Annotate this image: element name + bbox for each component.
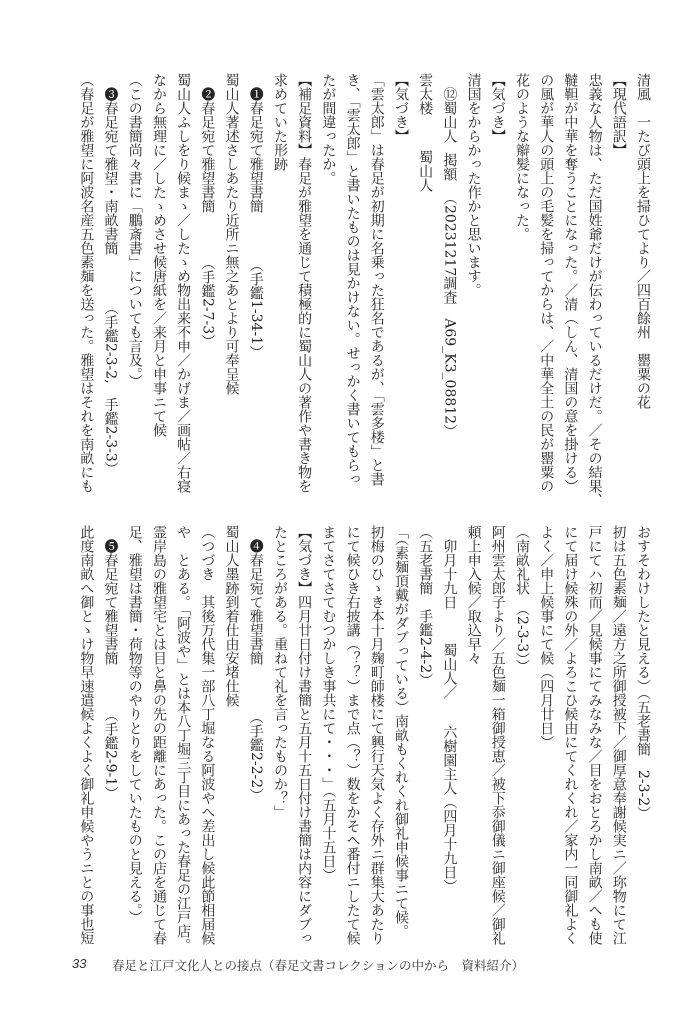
- letter-1-title: ❶春足宛て雅望書簡: [248, 87, 264, 213]
- letter-1-reference: （手鑑1-34-1）: [244, 258, 268, 359]
- goro-letter-label: （五老書簡 手鑑2-4-2）: [413, 525, 437, 945]
- nanpo-letter-signature: 卯月十九日 蜀山人／ 六樹園主人（四月十九日）: [437, 525, 461, 945]
- letter-sender: 蜀山人／: [437, 643, 461, 699]
- letter-2-title: ❷春足宛て雅望書簡: [199, 87, 215, 213]
- nanpo-letter-label: （南畝礼状 （2-3-3））: [510, 525, 534, 945]
- letter-2-header: ❷春足宛て雅望書簡 （手鑑2-7-3）: [195, 73, 219, 499]
- supplementary-heading-line: 求めていた形跡: [268, 73, 292, 499]
- letter-3-text: 戸にてハ初而／見候事にてみなみな／目をおとろかし南畝／へも使: [582, 525, 606, 945]
- notes-line: 清国をからかった作かと思います。: [461, 73, 485, 499]
- goro-letter-text: にて候ひき右披講（？？）まで点（？）数をかそへ番付ニしたて候: [340, 525, 364, 945]
- entry-12-text: 雲太楼: [417, 73, 433, 115]
- letter-2-reference: （手鑑2-7-3）: [195, 256, 219, 348]
- letter-4-reference: （手鑑2-2-2）: [244, 710, 268, 802]
- heading-modern-translation: 【現代語訳】: [607, 73, 631, 499]
- goro-letter-text: 扨梅のひゝき本十月麹町師楼にて興行天気よく存外ニ群集大あたり: [365, 525, 389, 945]
- letter-5-header: ❺春足宛て雅望書簡 （手鑑2-9-1）: [98, 525, 122, 945]
- notes-line: 【気づき】四月廿日付け書簡と五月十五日付け書簡は内容にダブっ: [292, 525, 316, 945]
- letter-5-reference: （手鑑2-9-1）: [98, 708, 122, 800]
- letter-2-remark: （この書簡尚々書に「鵬斎書」についても言及。）: [123, 73, 147, 499]
- letter-3-text: よく／申上候事にて候（四月廿日）: [534, 525, 558, 945]
- entry-12-signature: 蜀山人: [413, 150, 437, 192]
- goro-letter-text: 「（素麺頂戴がダブっている）南畝もくれくれ御礼申候事ニて候。: [389, 525, 413, 945]
- heading-notes: 【気づき】: [389, 73, 413, 499]
- letter-4-header: ❹春足宛て雅望書簡 （手鑑2-2-2）: [244, 525, 268, 945]
- letter-5-title: ❺春足宛て雅望書簡: [103, 539, 119, 665]
- letter-3-header: ❸春足宛て雅望・南畝書簡 （手鑑2-3-2, 手鑑2-3-3）: [98, 73, 122, 499]
- page-number: 33: [72, 956, 86, 971]
- translation-line: 忠義な人物は、ただ国姓爺だけが伝わっているだけだ。／その結果、: [582, 73, 606, 499]
- nanpo-letter-text: 阿州雲太郎子より／五色麺一箱御授恵／被下忝御儀ニ御座候／御礼: [486, 525, 510, 945]
- notes-line: 「雲太郎」は春足が初期に名乗った狂名であるが、「雲多楼」と書: [365, 73, 389, 499]
- upper-text-block: 清風 一たび頭上を掃ひてより／四百餘州 罌粟の花 【現代語訳】 忠義な人物は、た…: [74, 73, 655, 499]
- entry-12-content: 雲太楼 蜀山人: [413, 73, 437, 499]
- notes-line: たが間違ったか。: [316, 73, 340, 499]
- letter-date: 卯月十九日: [441, 539, 457, 609]
- translation-line: 韃靼が中華を奪うことになった。／清（しん、清国の意を掛ける）: [558, 73, 582, 499]
- letter-3-reference: （手鑑2-3-2, 手鑑2-3-3）: [98, 301, 122, 476]
- entry-12-author: ⑫蜀山人: [441, 87, 457, 143]
- heading-notes: 【気づき】: [486, 73, 510, 499]
- letter-2-text: なから無理に／したゝめさせ候唐紙を／来月と申事ニて候: [147, 73, 171, 499]
- letter-3-text: 扨は五色素麺／遠方之所御授被下／御厚意奉謝候実ニ／珎物にて江: [607, 525, 631, 945]
- entry-12-reference: （20231217調査 A69_K3_08812）: [437, 191, 461, 438]
- letter-4-remark: （つづき 其後万代集一部八丁堀なる阿波やへ差出し候此節相届候: [195, 525, 219, 945]
- nanpo-letter-text: 頼上申入候／取込早々: [461, 525, 485, 945]
- letter-3-text: にて届け候殊の外／よろこひ候由にてくれくれ／家内一同御礼よく: [558, 525, 582, 945]
- letter-3-remark: （春足が雅望に阿波名産五色素麺を送った。雅望はそれを南畝にも: [74, 73, 98, 499]
- running-title: 春足と江戸文化人との接点（春足文書コレクションの中から 資料紹介）: [112, 956, 524, 974]
- translation-line: の風が華人の頭上の毛髪を掃ってからは、／中華全土の民が罌粟の: [534, 73, 558, 499]
- notes-line: き、「雲太郎」と書いたものは見かけない。せっかく書いてもらっ: [340, 73, 364, 499]
- letter-4-title: ❹春足宛て雅望書簡: [248, 539, 264, 665]
- letter-5-text: 此度南畝へ御とゝけ物早速遣候よくよく御礼申候やうニとの事也短: [74, 525, 98, 945]
- letter-3-remark: おすそわけしたと見える）（五老書簡 2-3-2）: [631, 525, 655, 945]
- lower-text-block: おすそわけしたと見える）（五老書簡 2-3-2） 扨は五色素麺／遠方之所御授被下…: [74, 525, 655, 945]
- letter-4-remark: や とある。「阿波や」とは本八丁堀三丁目にあった春足の江戸店。: [171, 525, 195, 945]
- letter-2-text: 蜀山人ふしをり候まゝ／したゝめ物出来不申／かげま／画帖／右寝: [171, 73, 195, 499]
- letter-recipient: 六樹園主人（四月十九日）: [437, 725, 461, 893]
- letter-3-title: ❸春足宛て雅望・南畝書簡: [103, 87, 119, 255]
- supplementary-heading-line: 【補足資料】春足が雅望を通じて積極的に蜀山人の著作や書き物を: [292, 73, 316, 499]
- goro-letter-text: まてさてさてむつかしき事共にて・・・」（五月十五日）: [316, 525, 340, 945]
- letter-4-text: 蜀山人墨跡到着仕由安堵仕候: [219, 525, 243, 945]
- letter-4-remark: 足、雅望は書簡・荷物等のやりとりをしていたものと見える。）: [123, 525, 147, 945]
- document-page: 清風 一たび頭上を掃ひてより／四百餘州 罌粟の花 【現代語訳】 忠義な人物は、た…: [0, 0, 693, 1024]
- translation-line: 花のような辮髪になった。: [510, 73, 534, 499]
- poem-line: 清風 一たび頭上を掃ひてより／四百餘州 罌粟の花: [631, 73, 655, 499]
- entry-12-header: ⑫蜀山人 掲額 （20231217調査 A69_K3_08812）: [437, 73, 461, 499]
- letter-4-remark: 霊岸島の雅望宅とは目と鼻の先の距離にあった。この店を通じて春: [147, 525, 171, 945]
- letter-1-header: ❶春足宛て雅望書簡 （手鑑1-34-1）: [244, 73, 268, 499]
- letter-1-text: 蜀山人著述さしあたり近所ニ無之あとより可奉呈候: [219, 73, 243, 499]
- notes-line: たところがある。重ねて礼を言ったものか？」: [268, 525, 292, 945]
- entry-12-type: 掲額: [437, 153, 461, 181]
